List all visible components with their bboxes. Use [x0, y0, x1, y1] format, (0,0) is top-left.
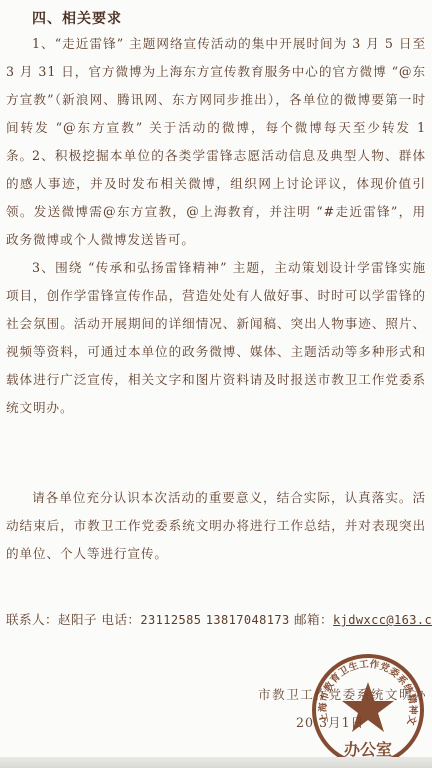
phone-label: 电话：: [101, 612, 140, 627]
email-label: 邮箱：: [294, 612, 333, 627]
section-heading: 四、相关要求: [32, 8, 122, 28]
contact-label: 联系人：: [6, 612, 58, 627]
phone-2: 13817048173: [206, 613, 290, 627]
phone-1: 23112585: [140, 613, 201, 627]
official-seal: 上海市教育卫生工作党委系统精神文明建设委员会 办公室: [310, 652, 426, 768]
star-icon: [342, 682, 394, 732]
paragraph-2: 2、积极挖掘本单位的各类学雷锋志愿活动信息及典型人物、群体的感人事迹，并及时发布…: [6, 142, 426, 254]
contact-line: 联系人：赵阳子 电话：23112585 13817048173 邮箱：kjdwx…: [6, 609, 426, 628]
paragraph-4: 请各单位充分认识本次活动的重要意义，结合实际，认真落实。活动结束后，市教卫工作党…: [6, 484, 426, 568]
paragraph-2-text: 2、积极挖掘本单位的各类学雷锋志愿活动信息及典型人物、群体的感人事迹，并及时发布…: [6, 148, 426, 247]
paragraph-3: 3、围绕 “传承和弘扬雷锋精神” 主题，主动策划设计学雷锋实施项目，创作学雷锋宣…: [6, 254, 426, 422]
contact-name: 赵阳子: [58, 612, 97, 627]
paragraph-4-text: 请各单位充分认识本次活动的重要意义，结合实际，认真落实。活动结束后，市教卫工作党…: [6, 490, 426, 561]
email-link[interactable]: kjdwxcc@163.com: [333, 613, 432, 627]
paragraph-3-text: 3、围绕 “传承和弘扬雷锋精神” 主题，主动策划设计学雷锋实施项目，创作学雷锋宣…: [6, 260, 426, 415]
document-page: 四、相关要求 1、“走近雷锋” 主题网络宣传活动的集中开展时间为 3 月 5 日…: [0, 0, 432, 768]
page-bottom-edge: [0, 757, 432, 768]
